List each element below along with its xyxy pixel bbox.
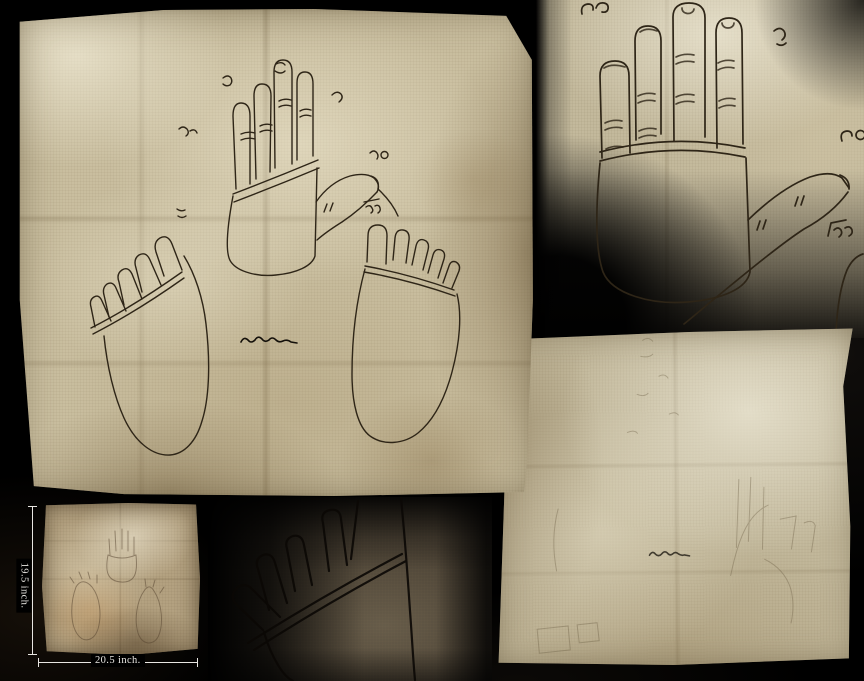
- thumbnail-faint-drawing: [42, 503, 200, 655]
- cloth-front-drawing: [14, 6, 536, 500]
- right-footprint: [352, 225, 460, 442]
- reverse-faint-marks: [535, 337, 817, 653]
- artifact-photo-collage: 19.5 inch. 20.5 inch.: [0, 0, 864, 681]
- cloth-reverse-photo: [491, 326, 862, 669]
- width-measure-label: 20.5 inch.: [91, 654, 145, 667]
- height-measure-line: [32, 506, 33, 655]
- foot-closeup-outline: [233, 498, 415, 681]
- center-inscription: [241, 337, 297, 343]
- reverse-inscription: [649, 552, 689, 557]
- cloth-front-photo: [14, 6, 536, 500]
- hand-closeup-drawing: [536, 0, 864, 338]
- hand-print: [227, 60, 398, 275]
- hand-closeup-script-marks: [582, 3, 864, 237]
- height-measure-label: 19.5 inch.: [16, 559, 31, 613]
- hand-closeup-outline: [597, 3, 863, 332]
- left-footprint: [90, 237, 208, 455]
- foot-closeup-photo: [208, 497, 492, 681]
- thumbnail-faint-figures: [70, 529, 164, 643]
- measured-thumbnail-photo: [42, 503, 200, 655]
- reverse-faint-drawing: [491, 326, 862, 669]
- hand-closeup-photo: [536, 0, 864, 338]
- script-marks: [177, 63, 388, 218]
- foot-closeup-drawing: [208, 497, 492, 681]
- hand-closeup-creases: [604, 8, 735, 149]
